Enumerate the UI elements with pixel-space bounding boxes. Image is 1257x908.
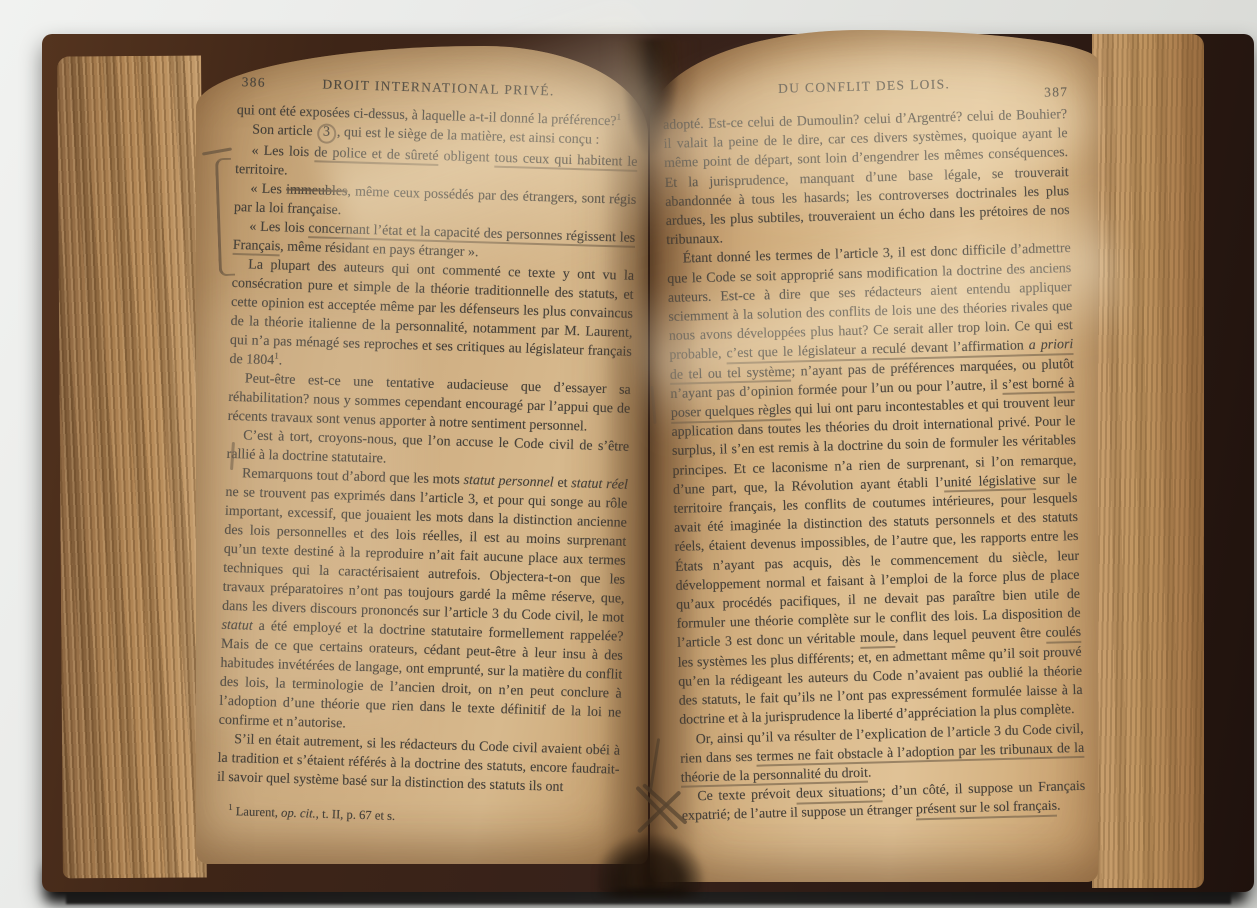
text-run: , t. II, p. 67 et s. (316, 806, 396, 822)
paragraph: Remarquons tout d’abord que les mots sta… (218, 464, 628, 742)
text-run: statut personnel (463, 473, 553, 491)
text-run: Remarquons tout d’abord que les mots (242, 466, 464, 488)
pencil-underlined-text: moule (860, 630, 895, 648)
left-page-footnote: 1 Laurent, op. cit., t. II, p. 67 et s. (216, 801, 618, 832)
right-page-text: DU CONFLIT DES LOIS. 387 adopté. Est-ce … (662, 71, 1086, 826)
left-header-title: DROIT INTERNATIONAL PRIVÉ. (237, 72, 639, 103)
text-run: . (278, 353, 282, 368)
text-run: 1 (616, 112, 621, 122)
paragraph: 1 Laurent, op. cit., t. II, p. 67 et s. (216, 801, 618, 832)
paragraph: S’il en était autrement, si les rédacteu… (217, 729, 621, 798)
text-run: « Les lois (251, 143, 314, 160)
left-page-text: 386 DROIT INTERNATIONAL PRIVÉ. qui ont é… (216, 72, 640, 832)
text-run: ne se trouvent pas exprimés dans l’artic… (222, 485, 628, 626)
pencil-underlined-text: coulés (1045, 625, 1081, 643)
text-run: immeubles (286, 182, 348, 199)
text-run: adopté. Est-ce celui de Dumoulin? celui … (663, 107, 1070, 248)
text-run: « Les lois (249, 219, 308, 236)
right-page-body: adopté. Est-ce celui de Dumoulin? celui … (663, 105, 1086, 826)
left-running-header: 386 DROIT INTERNATIONAL PRIVÉ. (237, 72, 639, 103)
text-run: et (553, 475, 571, 491)
text-run: La plupart des auteurs qui ont commenté … (229, 257, 634, 368)
text-run: Peut-être est-ce une tentative audacieus… (228, 371, 631, 434)
right-running-header: DU CONFLIT DES LOIS. 387 (662, 71, 1066, 101)
gutter-top-shadow (622, 40, 678, 154)
book-photo: 386 DROIT INTERNATIONAL PRIVÉ. qui ont é… (0, 0, 1257, 908)
text-run: . (1057, 799, 1061, 814)
text-run: statut (221, 617, 253, 633)
text-run: Son article (252, 122, 316, 139)
pencil-underlined-text: présent sur le sol français (916, 799, 1058, 820)
pencil-underlined-text: deux situations (796, 784, 882, 804)
text-run: Laurent, (232, 804, 281, 819)
text-run: a été employé et la doctrine statutaire … (219, 618, 624, 731)
right-header-title: DU CONFLIT DES LOIS. (662, 71, 1066, 101)
page-stack-right-edge (1092, 34, 1204, 888)
text-run: op. cit. (281, 805, 316, 820)
pencil-circled-text: 3 (317, 123, 337, 143)
paragraph: La plupart des auteurs qui ont commenté … (229, 255, 634, 381)
page-stack-left-edge (57, 56, 207, 879)
pencil-underlined-text: a priori (1029, 337, 1074, 356)
right-page: DU CONFLIT DES LOIS. 387 adopté. Est-ce … (650, 30, 1098, 882)
text-run: les systèmes les plus différents; et, en… (678, 645, 1083, 729)
pencil-underlined-text: tous ceux qui habitent le (494, 150, 638, 172)
left-page: 386 DROIT INTERNATIONAL PRIVÉ. qui ont é… (196, 46, 648, 864)
pencil-underlined-text: unité législative (944, 473, 1036, 493)
paragraph: Étant donné les termes de l’article 3, i… (667, 239, 1084, 730)
pencil-underlined-text: de police et de sûreté (314, 145, 439, 166)
text-run: obligent (438, 149, 494, 166)
paragraph: adopté. Est-ce celui de Dumoulin? celui … (663, 105, 1070, 250)
text-run: Ce texte prévoit (697, 787, 796, 805)
text-run: sur le territoire français, les conflits… (673, 472, 1080, 651)
text-run: . (868, 765, 872, 780)
gutter-bottom-shadow (596, 834, 704, 898)
text-run: « Les (250, 181, 286, 197)
right-page-number: 387 (1044, 82, 1069, 102)
text-run: , dans lequel peuvent être (895, 626, 1046, 645)
text-run: S’il en était autrement, si les rédacteu… (217, 732, 620, 795)
text-run: territoire. (235, 162, 288, 179)
text-run: statut réel (571, 476, 628, 493)
left-page-body: qui ont été exposées ci-dessus, à laquel… (217, 101, 639, 798)
